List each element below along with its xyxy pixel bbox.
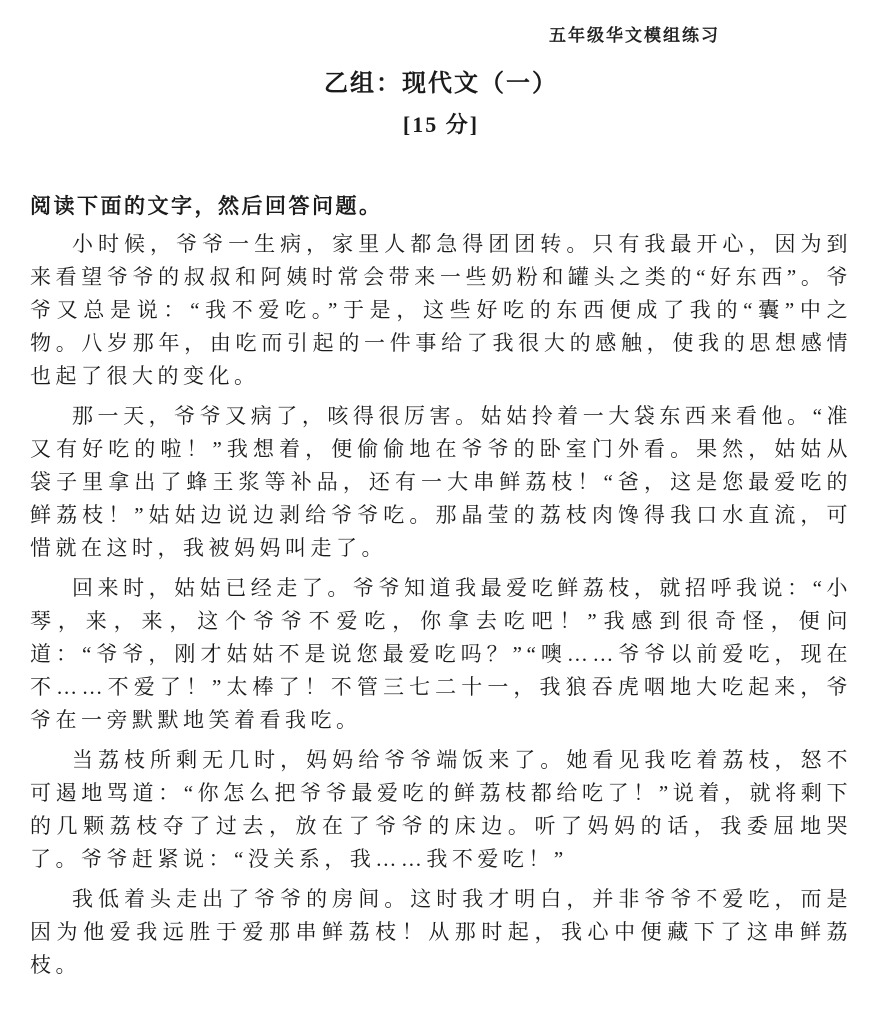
passage-paragraph-2: 那一天，爷爷又病了，咳得很厉害。姑姑拎着一大袋东西来看他。“准又有好吃的啦！”我… xyxy=(30,400,852,565)
passage-paragraph-3: 回来时，姑姑已经走了。爷爷知道我最爱吃鲜荔枝，就招呼我说：“小琴，来，来，这个爷… xyxy=(30,572,852,737)
marks-line: [15 分] xyxy=(30,112,852,138)
instruction-line: 阅读下面的文字，然后回答问题。 xyxy=(30,192,852,220)
passage-paragraph-1: 小时候，爷爷一生病，家里人都急得团团转。只有我最开心，因为到来看望爷爷的叔叔和阿… xyxy=(30,228,852,393)
section-title: 乙组：现代文（一） xyxy=(30,70,852,98)
worksheet-page: 五年级华文模组练习 乙组：现代文（一） [15 分] 阅读下面的文字，然后回答问… xyxy=(0,0,870,1021)
passage-paragraph-5: 我低着头走出了爷爷的房间。这时我才明白，并非爷爷不爱吃，而是因为他爱我远胜于爱那… xyxy=(30,883,852,982)
passage-paragraph-4: 当荔枝所剩无几时，妈妈给爷爷端饭来了。她看见我吃着荔枝，怒不可遏地骂道：“你怎么… xyxy=(30,744,852,876)
reading-passage: 小时候，爷爷一生病，家里人都急得团团转。只有我最开心，因为到来看望爷爷的叔叔和阿… xyxy=(30,228,852,982)
document-header: 五年级华文模组练习 xyxy=(30,26,852,46)
